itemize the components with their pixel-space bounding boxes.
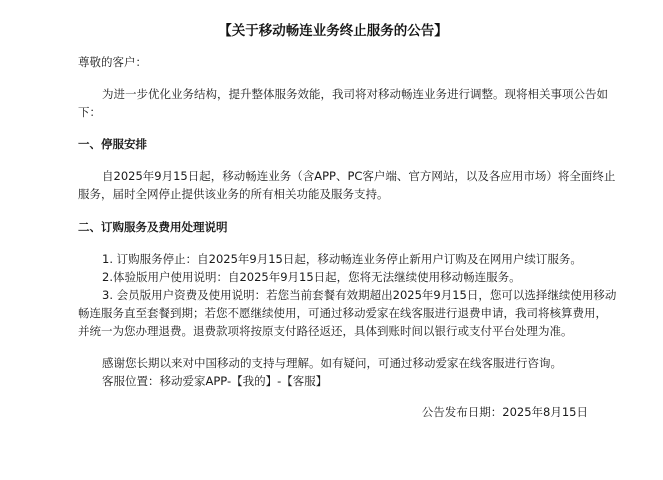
publish-date: 公告发布日期：2025年8月15日	[422, 403, 588, 421]
service-location: 客服位置：移动爱家APP-【我的】-【客服】	[78, 372, 327, 390]
section-1-line-1: 自2025年9月15日起，移动畅连业务（含APP、PC客户端、官方网站，以及各应…	[78, 167, 615, 185]
section-1-heading: 一、停服安排	[78, 135, 147, 153]
section-2-heading: 二、订购服务及费用处理说明	[78, 218, 228, 236]
section-2-item-3-line-1: 3. 会员版用户资费及使用说明：若您当前套餐有效期超出2025年9月15日，您可…	[78, 286, 616, 304]
section-1-line-2: 服务，届时全网停止提供该业务的所有相关功能及服务支持。	[78, 185, 389, 203]
section-2-item-1: 1. 订购服务停止：自2025年9月15日起，移动畅连业务停止新用户订购及在网用…	[78, 250, 582, 268]
greeting: 尊敬的客户：	[78, 53, 147, 71]
intro-line-2: 下：	[78, 103, 101, 121]
section-2-item-3-line-2: 畅连服务直至套餐到期；若您不愿继续使用，可通过移动爱家在线客服进行退费申请，我司…	[78, 304, 607, 322]
section-2-item-2: 2.体验版用户使用说明：自2025年9月15日起，您将无法继续使用移动畅连服务。	[78, 268, 521, 286]
closing-thanks: 感谢您长期以来对中国移动的支持与理解。如有疑问，可通过移动爱家在线客服进行咨询。	[78, 354, 562, 372]
intro-line-1: 为进一步优化业务结构，提升整体服务效能，我司将对移动畅连业务进行调整。现将相关事…	[78, 85, 608, 103]
section-2-item-3-line-3: 并统一为您办理退费。退费款项将按原支付路径返还，具体到账时间以银行或支付平台处理…	[78, 322, 573, 340]
announcement-title: 【关于移动畅连业务终止服务的公告】	[78, 21, 588, 41]
